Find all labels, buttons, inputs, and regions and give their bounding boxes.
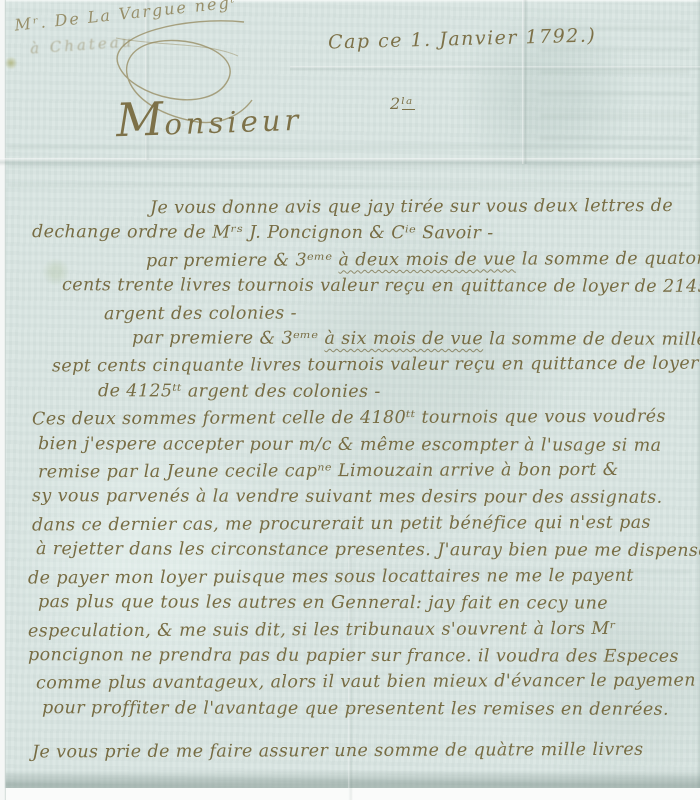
letter-line: à rejetter dans les circonstance present… [36, 536, 692, 564]
letter-line: de 4125ᵗᵗ argent des colonies - [98, 378, 692, 406]
letter-line: remise par la Jeune cecile capⁿᵉ Limouza… [38, 457, 692, 486]
fold-crease-vertical [522, 0, 528, 164]
letter-line: especulation, & me suis dit, si les trib… [28, 615, 692, 644]
underlined-phrase: à six mois de vue [324, 329, 483, 349]
letter-line: comme plus avantageux, alors il vaut bie… [36, 668, 692, 697]
underlined-phrase: à deux mois de vue [338, 249, 515, 270]
letter-line: pas plus que tous les autres en Genneral… [38, 589, 692, 617]
letter-line: sy vous parvenés à la vendre suivant mes… [32, 484, 692, 512]
fold-crease-horizontal [0, 158, 700, 166]
ink-showthrough [8, 130, 692, 202]
letter-line: par premiere & 3ᵉᵐᵉ à six mois de vue la… [132, 325, 692, 353]
letter-line: pour proffiter de l'avantage que present… [42, 695, 692, 723]
scan-edge-left [0, 0, 6, 800]
salutation: Monsieur [115, 87, 303, 147]
letter-line: par premiere & 3ᵉᵐᵉ à deux mois de vue l… [146, 246, 692, 275]
copy-mark: 2ˡᵃ [390, 94, 413, 113]
dateline: Cap ce 1. Janvier 1792.) [328, 24, 597, 53]
letter-line: dechange ordre de Mʳˢ J. Poncignon & Cⁱᵉ… [32, 220, 692, 248]
letter-scan: Mʳ. De La Vargue négᵗ à Chateau Cap ce 1… [0, 0, 700, 800]
scan-edge-top [0, 0, 700, 3]
scan-edge-right [696, 0, 700, 800]
letter-line: bien j'espere accepter pour m/c & même e… [38, 431, 692, 459]
letter-line: Je vous prie de me faire assurer une som… [32, 737, 692, 766]
paper-stain [5, 56, 17, 70]
letter-line: Je vous donne avis que jay tirée sur vou… [150, 193, 692, 222]
letter-line: cents trente livres tournois valeur reçu… [62, 272, 692, 300]
letter-line: poncignon ne prendra pas du papier sur f… [28, 642, 692, 670]
fold-crease-horizontal [290, 66, 700, 71]
letter-line: sept cents cinquante livres tournois val… [52, 351, 692, 380]
letter-line: Ces deux sommes forment celle de 4180ᵗᵗ … [32, 404, 692, 433]
letter-line: dans ce dernier cas, me procurerait un p… [32, 509, 692, 538]
letter-body: Je vous donne avis que jay tirée sur vou… [28, 194, 692, 765]
letter-line: argent des colonies - [104, 298, 692, 327]
letter-line: de payer mon loyer puisque mes sous loca… [28, 562, 692, 591]
